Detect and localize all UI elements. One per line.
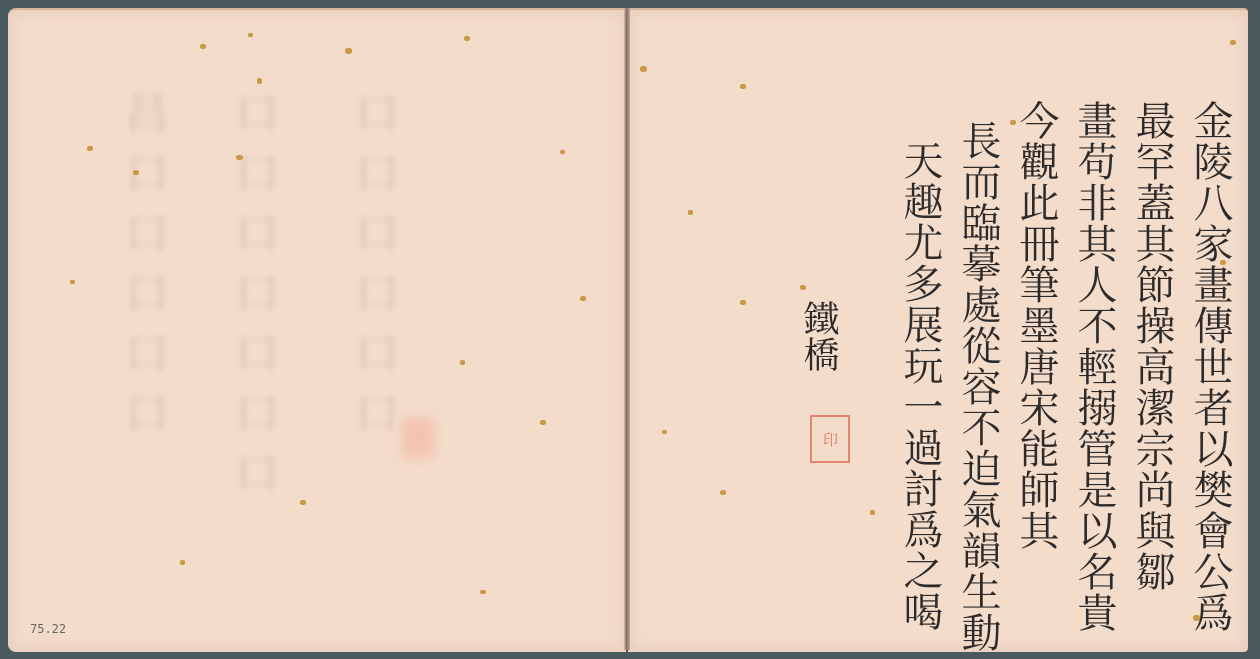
inscription-column: 長而臨摹處從容不迫氣韻生動 [954, 100, 1002, 653]
inscription-column: 金陵八家畫傳世者以樊會公爲 [1186, 100, 1234, 653]
inscription-column: 今觀此冊筆墨唐宋能師其 [1012, 100, 1060, 653]
gold-flake [200, 44, 206, 49]
gold-flake [236, 155, 243, 160]
gold-flake [345, 48, 352, 54]
accession-number: 75.22 [30, 622, 66, 636]
show-through-ink: 昌口口口口口 [110, 90, 174, 450]
inscription: 金陵八家畫傳世者以樊會公爲 最罕蓋其節操高潔宗尚與鄒 畫苟非其人不輕搦管是以名貴… [896, 100, 1234, 653]
gold-flake [480, 590, 486, 594]
gold-flake [560, 150, 565, 154]
gold-flake [540, 420, 546, 425]
gold-flake [300, 500, 306, 505]
gold-flake [248, 33, 253, 37]
gold-flake [460, 360, 465, 365]
gold-flake [720, 490, 726, 495]
gold-flake [870, 510, 875, 515]
gold-flake [740, 84, 746, 89]
gold-flake [257, 78, 262, 84]
artist-signature: 鐵橋 [796, 300, 840, 372]
gold-flake [640, 66, 647, 72]
show-through-seal [402, 418, 434, 458]
album-leaf-left [8, 8, 626, 652]
inscription-column: 畫苟非其人不輕搦管是以名貴 [1070, 100, 1118, 653]
gold-flake [464, 36, 470, 41]
gold-flake [1230, 40, 1236, 45]
gold-flake [133, 170, 139, 175]
gold-flake [688, 210, 693, 215]
gold-flake [87, 146, 93, 151]
gold-flake [662, 430, 667, 434]
gold-flake [800, 285, 806, 290]
gold-flake [580, 296, 586, 301]
show-through-ink: 口口口口口口口 [220, 90, 284, 510]
album-fold [624, 8, 630, 650]
gold-flake [740, 300, 746, 305]
inscription-column: 天趣尤多展玩一過討爲之喝 [896, 100, 944, 653]
gold-flake [70, 280, 75, 284]
red-seal: 印 [810, 415, 850, 463]
gold-flake [180, 560, 185, 565]
show-through-ink: 口口口口口口 [340, 90, 404, 450]
inscription-column: 最罕蓋其節操高潔宗尚與鄒 [1128, 100, 1176, 653]
